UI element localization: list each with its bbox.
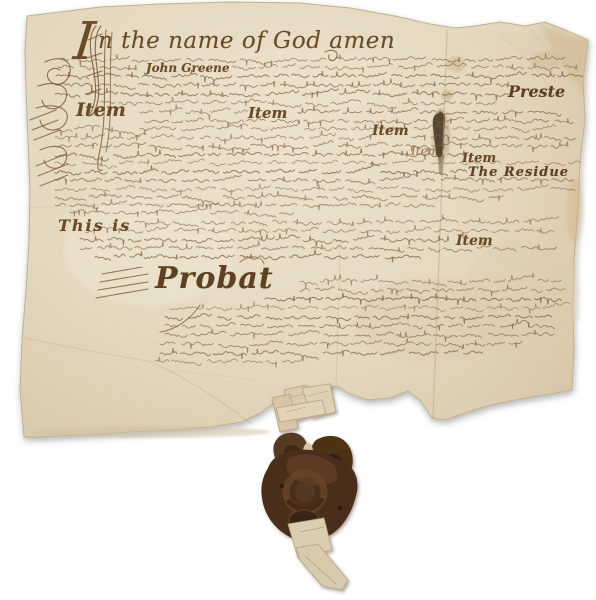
document-heading: n the name of God amen <box>98 30 395 53</box>
item-heading-6: Item <box>456 234 493 248</box>
residue-heading: The Residue <box>468 166 569 179</box>
item-heading-5: Item <box>462 152 496 165</box>
seal-assembly <box>261 384 357 590</box>
manuscript-photo: I n the name of God amen John Greene Pre… <box>0 0 596 600</box>
item-heading-2: Item <box>248 106 287 121</box>
parchment-artwork <box>0 0 596 600</box>
testator-name: John Greene <box>146 62 230 74</box>
item-heading-3: Item <box>372 124 409 138</box>
marginal-word-preste: Preste <box>508 84 565 100</box>
item-heading-4: Item <box>411 145 439 157</box>
attestation-heading: This is <box>58 218 131 234</box>
seal-tag-tail <box>288 518 348 590</box>
probate-heading: Probat <box>155 264 274 294</box>
item-heading-1: Item <box>76 101 126 120</box>
